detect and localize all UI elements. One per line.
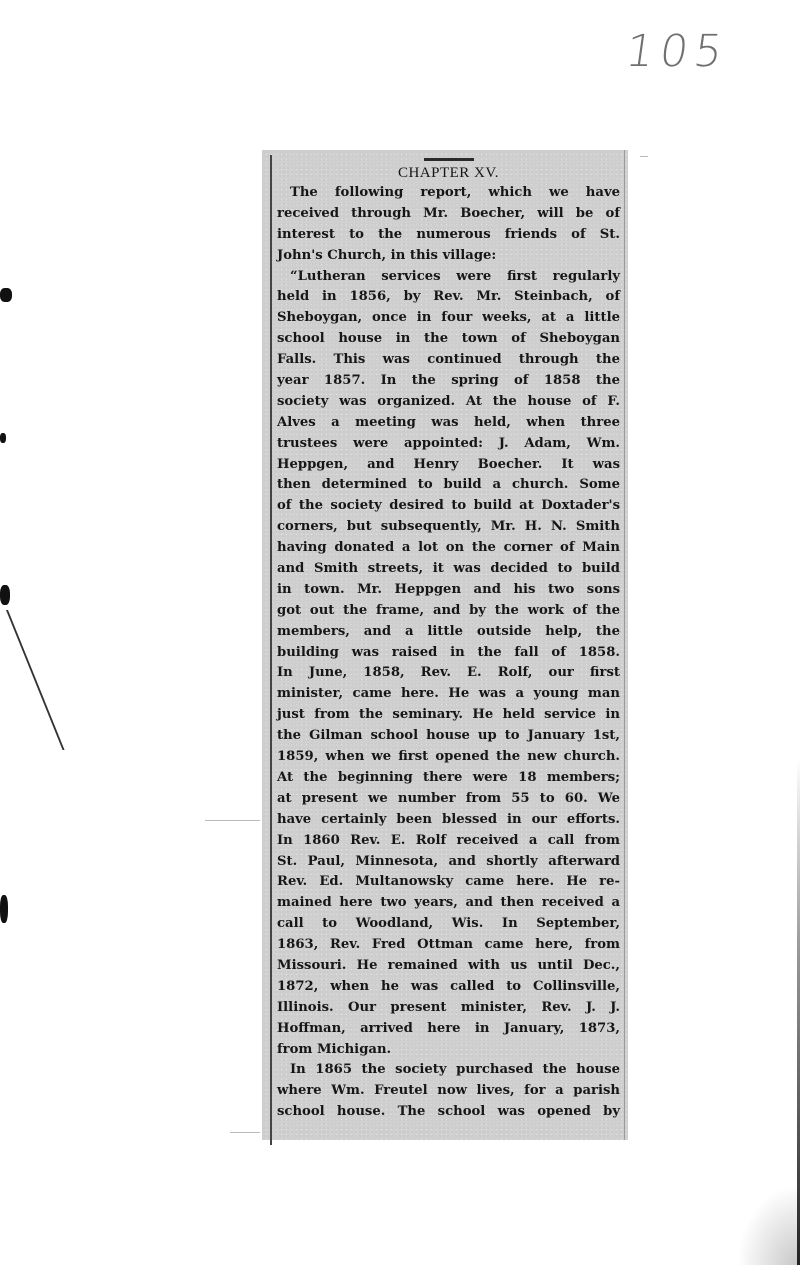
column-rule-right — [624, 150, 625, 1140]
article-body: CHAPTER XV. The following report, which … — [277, 163, 620, 1123]
article-line: have certainly been blessed in our effor… — [277, 810, 620, 831]
article-line: society was organized. At the house of F… — [277, 392, 620, 413]
article-line: received through Mr. Boecher, will be of — [277, 204, 620, 225]
article-line: Sheboygan, once in four weeks, at a litt… — [277, 308, 620, 329]
article-line: corners, but subsequently, Mr. H. N. Smi… — [277, 517, 620, 538]
article-line: then determined to build a church. Some — [277, 475, 620, 496]
article-line: Illinois. Our present minister, Rev. J. … — [277, 998, 620, 1019]
article-line: At the beginning there were 18 members; — [277, 768, 620, 789]
article-line: year 1857. In the spring of 1858 the — [277, 371, 620, 392]
article-line: Missouri. He remained with us until Dec.… — [277, 956, 620, 977]
article-line: just from the seminary. He held service … — [277, 705, 620, 726]
article-line: interest to the numerous friends of St. — [277, 225, 620, 246]
column-rule-left — [270, 155, 272, 1145]
article-line: members, and a little outside help, the — [277, 622, 620, 643]
article-line: call to Woodland, Wis. In September, — [277, 914, 620, 935]
ink-blot — [0, 895, 8, 923]
article-line: Rev. Ed. Multanowsky came here. He re- — [277, 872, 620, 893]
article-line: at present we number from 55 to 60. We — [277, 789, 620, 810]
article-line: Hoffman, arrived here in January, 1873, — [277, 1019, 620, 1040]
article-line: where Wm. Freutel now lives, for a paris… — [277, 1081, 620, 1102]
article-line: The following report, which we have — [277, 183, 620, 204]
article-line: In June, 1858, Rev. E. Rolf, our first — [277, 663, 620, 684]
article-line: mained here two years, and then received… — [277, 893, 620, 914]
article-line: trustees were appointed: J. Adam, Wm. — [277, 434, 620, 455]
page-corner-shadow — [737, 1185, 797, 1265]
ink-blot — [0, 288, 12, 302]
dust-speck — [640, 156, 648, 157]
article-line: In 1865 the society purchased the house — [277, 1060, 620, 1081]
dust-speck — [230, 1132, 260, 1133]
ink-blot — [0, 433, 6, 443]
article-line: 1859, when we first opened the new churc… — [277, 747, 620, 768]
article-line: 1863, Rev. Fred Ottman came here, from — [277, 935, 620, 956]
article-line: held in 1856, by Rev. Mr. Steinbach, of — [277, 287, 620, 308]
article-line: 1872, when he was called to Collinsville… — [277, 977, 620, 998]
dust-speck — [205, 820, 260, 821]
article-line: “Lutheran services were first regularly — [277, 267, 620, 288]
article-line: school house. The school was opened by — [277, 1102, 620, 1123]
article-line: having donated a lot on the corner of Ma… — [277, 538, 620, 559]
article-line: Heppgen, and Henry Boecher. It was — [277, 455, 620, 476]
article-lines: The following report, which we haverecei… — [277, 183, 620, 1123]
chapter-heading: CHAPTER XV. — [277, 163, 620, 183]
article-line: the Gilman school house up to January 1s… — [277, 726, 620, 747]
heading-rule — [424, 158, 474, 161]
article-line: of the society desired to build at Doxta… — [277, 496, 620, 517]
article-line: from Michigan. — [277, 1040, 620, 1061]
article-line: minister, came here. He was a young man — [277, 684, 620, 705]
article-line: John's Church, in this village: — [277, 246, 620, 267]
article-line: St. Paul, Minnesota, and shortly afterwa… — [277, 852, 620, 873]
article-line: got out the frame, and by the work of th… — [277, 601, 620, 622]
article-line: Alves a meeting was held, when three — [277, 413, 620, 434]
ink-blot — [0, 585, 10, 605]
article-line: school house in the town of Sheboygan — [277, 329, 620, 350]
article-line: building was raised in the fall of 1858. — [277, 643, 620, 664]
page-tear-line — [6, 610, 115, 750]
article-line: Falls. This was continued through the — [277, 350, 620, 371]
article-line: and Smith streets, it was decided to bui… — [277, 559, 620, 580]
article-line: in town. Mr. Heppgen and his two sons — [277, 580, 620, 601]
handwritten-page-number: 105 — [622, 26, 731, 77]
article-line: In 1860 Rev. E. Rolf received a call fro… — [277, 831, 620, 852]
